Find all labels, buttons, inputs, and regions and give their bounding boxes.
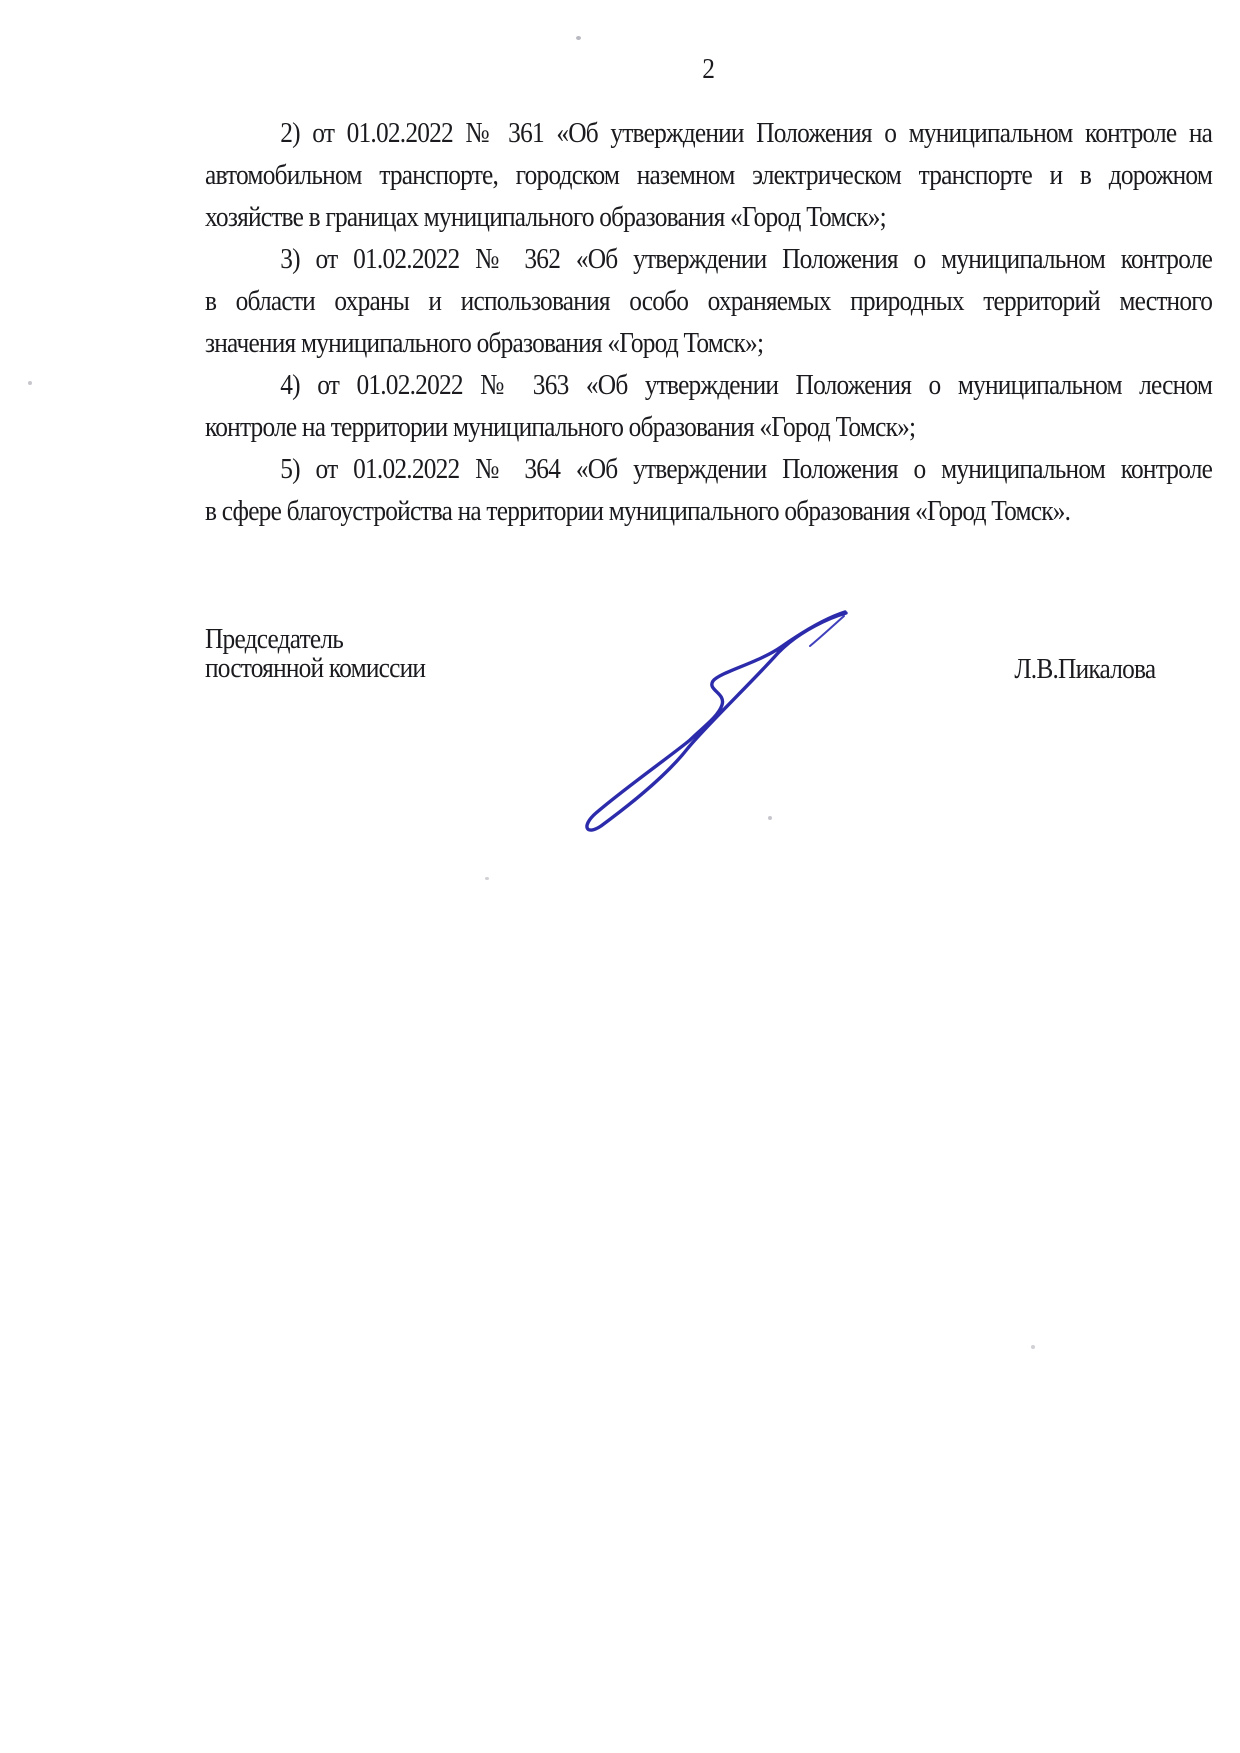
signature-ink xyxy=(560,595,870,850)
paragraph: 2) от 01.02.2022 № 361 «Об утверждении П… xyxy=(205,112,1212,238)
signoff-title-line: постоянной комиссии xyxy=(205,654,425,683)
paragraph: 4) от 01.02.2022 № 363 «Об утверждении П… xyxy=(205,364,1212,448)
text-line: значения муниципального образования «Гор… xyxy=(205,322,1212,364)
text-line: в области охраны и использования особо о… xyxy=(205,280,1212,322)
scan-speck xyxy=(576,36,581,40)
paragraph: 3) от 01.02.2022 № 362 «Об утверждении П… xyxy=(205,238,1212,364)
text-line: в сфере благоустройства на территории му… xyxy=(205,490,1212,532)
document-page: 2 2) от 01.02.2022 № 361 «Об утверждении… xyxy=(0,0,1240,1753)
body-text: 2) от 01.02.2022 № 361 «Об утверждении П… xyxy=(205,112,1212,532)
scan-speck xyxy=(1031,1345,1035,1349)
signoff-name: Л.В.Пикалова xyxy=(1014,655,1155,684)
paragraph: 5) от 01.02.2022 № 364 «Об утверждении П… xyxy=(205,448,1212,532)
scan-speck xyxy=(485,877,489,880)
text-line: автомобильном транспорте, городском назе… xyxy=(205,154,1212,196)
scan-speck xyxy=(28,381,32,385)
text-line: контроле на территории муниципального об… xyxy=(205,406,1212,448)
text-line: 5) от 01.02.2022 № 364 «Об утверждении П… xyxy=(205,448,1212,490)
signoff-title-line: Председатель xyxy=(205,625,425,654)
text-line: 3) от 01.02.2022 № 362 «Об утверждении П… xyxy=(205,238,1212,280)
text-line: хозяйстве в границах муниципального обра… xyxy=(205,196,1212,238)
text-layer: 2 2) от 01.02.2022 № 361 «Об утверждении… xyxy=(205,0,1212,1753)
signature-main-stroke xyxy=(587,612,846,830)
text-line: 2) от 01.02.2022 № 361 «Об утверждении П… xyxy=(205,112,1212,154)
page-number: 2 xyxy=(205,52,1212,86)
text-line: 4) от 01.02.2022 № 363 «Об утверждении П… xyxy=(205,364,1212,406)
signoff-title: Председатель постоянной комиссии xyxy=(205,625,425,683)
scan-speck xyxy=(768,816,772,820)
